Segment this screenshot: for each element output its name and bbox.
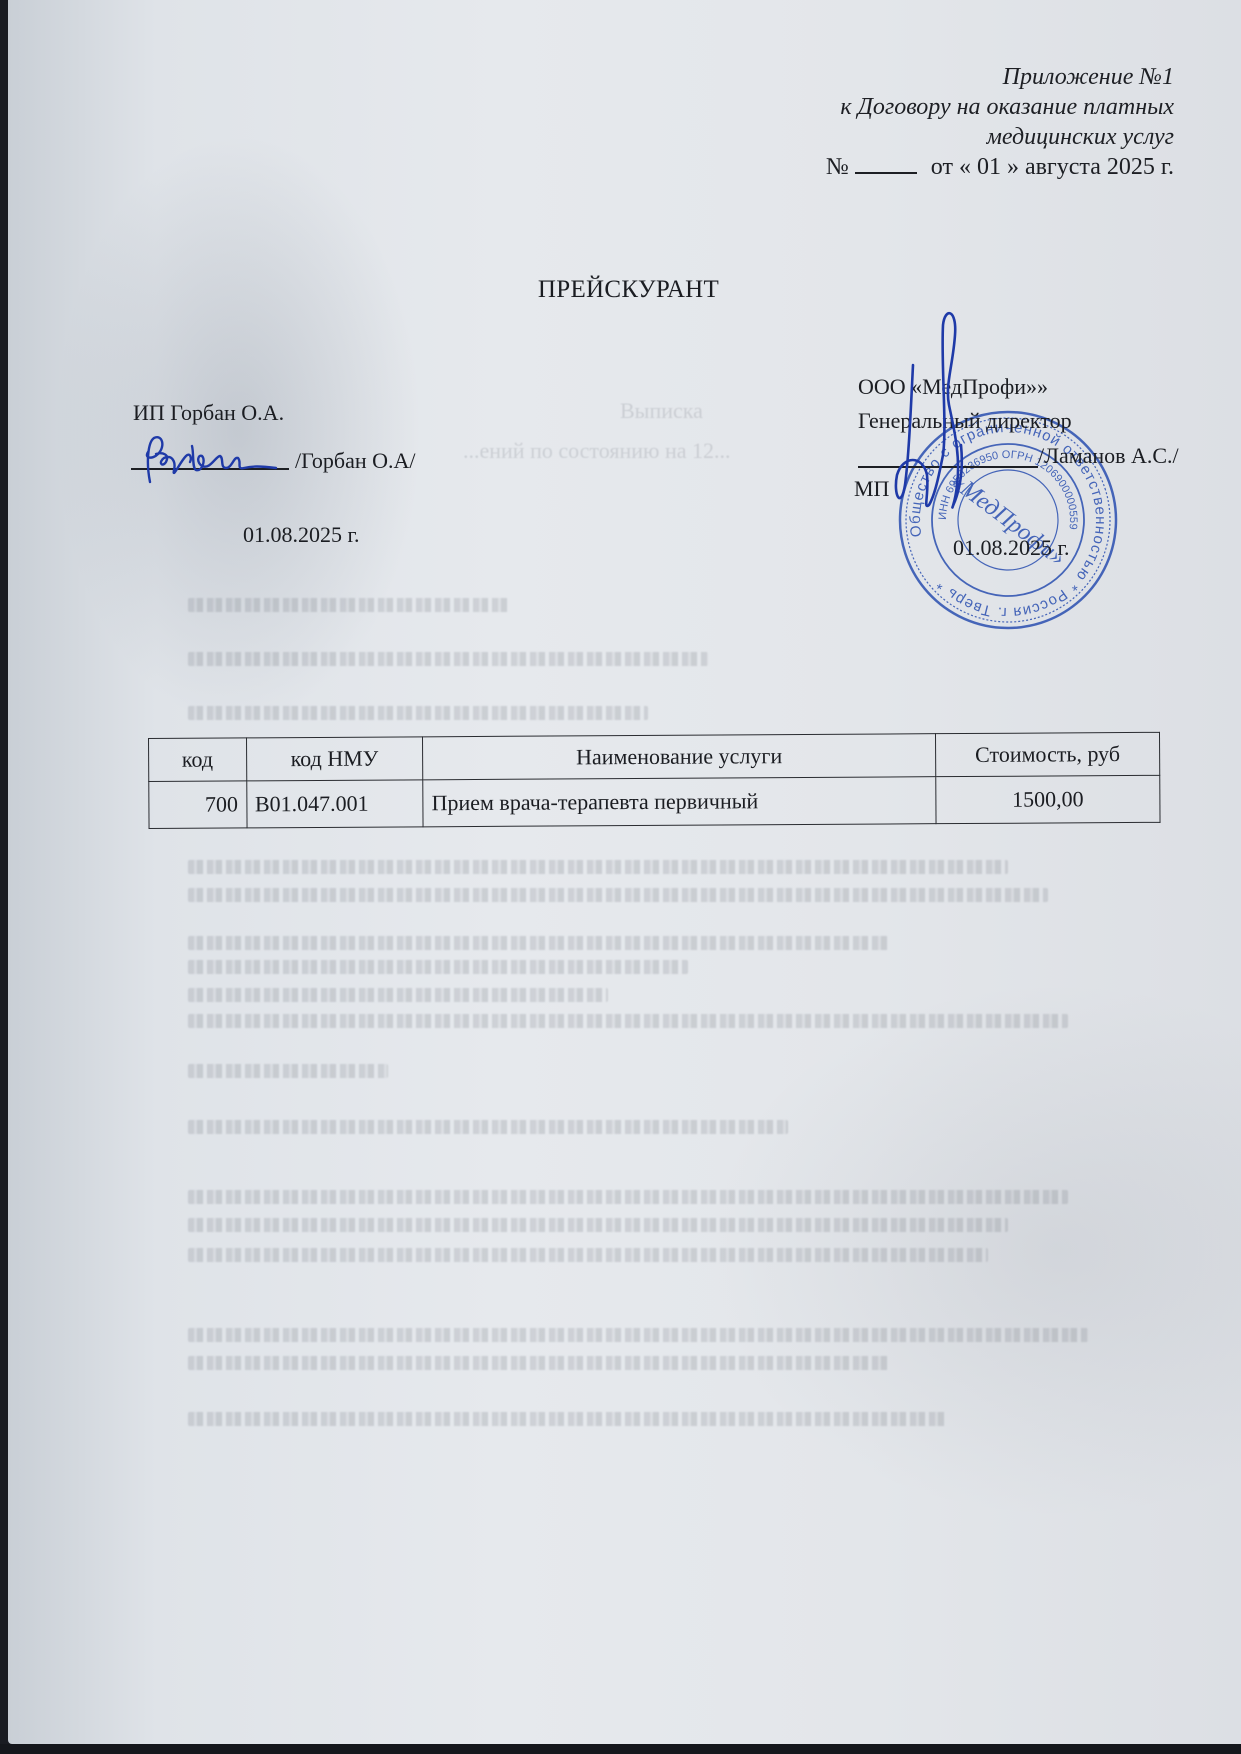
contract-number-blank: [855, 152, 917, 174]
appendix-header: Приложение №1 к Договору на оказание пла…: [826, 62, 1174, 182]
handwritten-signature-right: [883, 305, 993, 535]
price-table: код код НМУ Наименование услуги Стоимост…: [148, 732, 1161, 829]
header-code: код: [149, 738, 247, 782]
header-nmu-code: код НМУ: [246, 737, 423, 781]
header-service-name: Наименование услуги: [423, 734, 936, 780]
party-left-date: 01.08.2025 г.: [243, 522, 360, 548]
table-row: 700 B01.047.001 Прием врача-терапевта пе…: [149, 775, 1160, 828]
contract-date: от « 01 » августа 2025 г.: [931, 154, 1174, 180]
photo-background-edge: [0, 1744, 1241, 1754]
cell-nmu-code: B01.047.001: [246, 780, 423, 828]
party-left-signature-name: /Горбан О.А/: [295, 448, 416, 474]
cell-code: 700: [149, 781, 247, 829]
table-header-row: код код НМУ Наименование услуги Стоимост…: [149, 732, 1160, 781]
appendix-title: Приложение №1: [826, 62, 1174, 92]
document-page: Приложение №1 к Договору на оказание пла…: [8, 0, 1241, 1744]
cell-price: 1500,00: [936, 775, 1160, 823]
appendix-contract-line: к Договору на оказание платных: [826, 92, 1174, 122]
party-right-signature-name: /Ламанов А.С./: [1038, 443, 1179, 469]
ghost-text-subheading: ...ений по состоянию на 12...: [463, 438, 730, 464]
page-title: ПРЕЙСКУРАНТ: [8, 276, 1241, 304]
appendix-services-line: медицинских услуг: [826, 122, 1174, 152]
number-sign: №: [826, 154, 849, 180]
party-left-name: ИП Горбан О.А.: [133, 400, 284, 426]
ghost-text-heading: Выписка: [620, 398, 703, 424]
handwritten-signature-left: [136, 432, 286, 492]
appendix-number-date: №от « 01 » августа 2025 г.: [826, 152, 1174, 182]
party-right-date: 01.08.2025 г.: [953, 535, 1070, 561]
header-price: Стоимость, руб: [935, 732, 1159, 776]
cell-service-name: Прием врача-терапевта первичный: [423, 777, 936, 827]
